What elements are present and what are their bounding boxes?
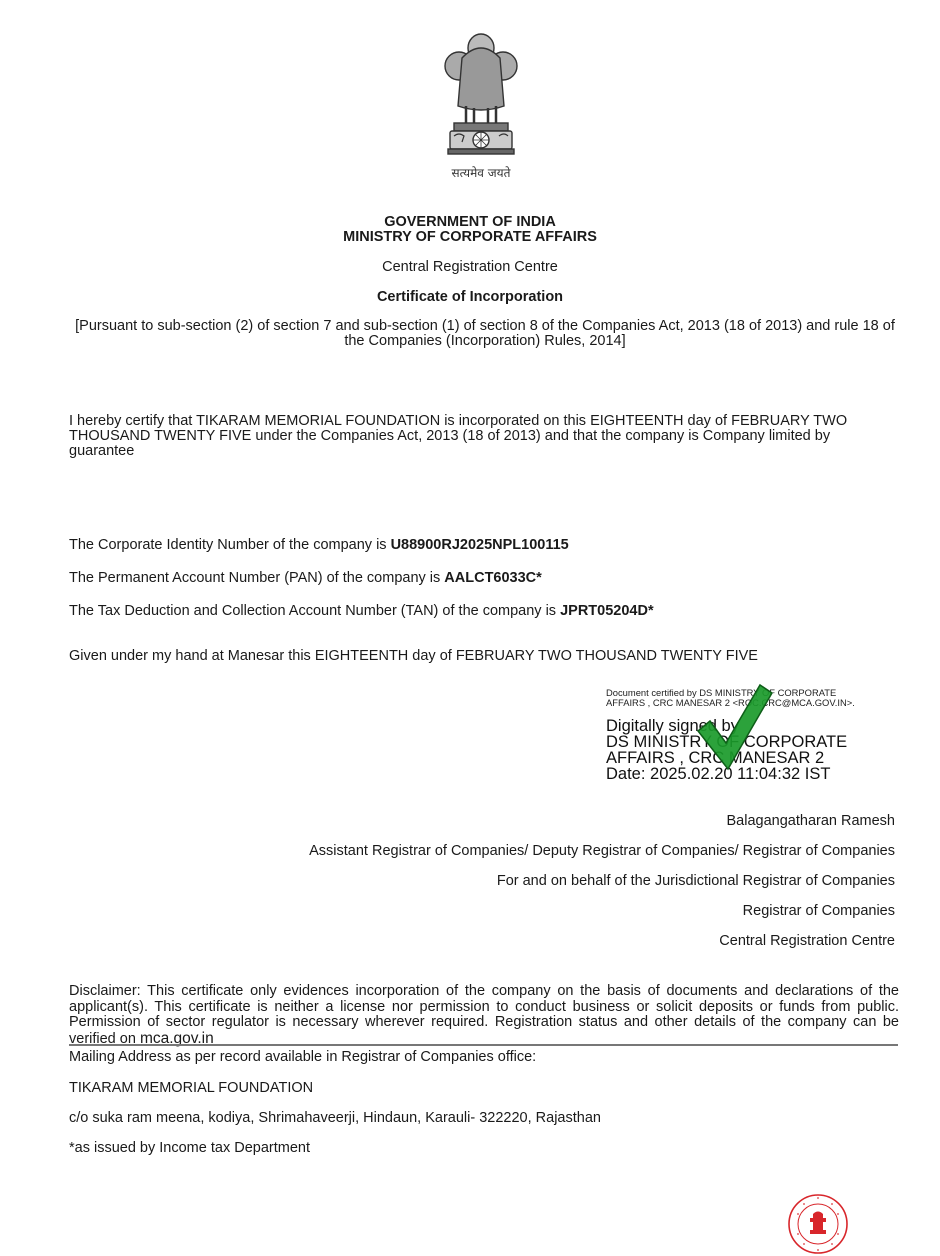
cin-label: The Corporate Identity Number of the com…: [69, 537, 391, 553]
mailing-heading: Mailing Address as per record available …: [69, 1050, 899, 1065]
tan-value: JPRT05204D*: [560, 603, 654, 619]
mailing-company: TIKARAM MEMORIAL FOUNDATION: [69, 1081, 899, 1096]
section-divider: [69, 1044, 898, 1046]
cin-line: The Corporate Identity Number of the com…: [69, 538, 899, 553]
green-check-icon: [694, 681, 774, 773]
tan-label: The Tax Deduction and Collection Account…: [69, 603, 560, 619]
signatory-behalf: For and on behalf of the Jurisdictional …: [497, 873, 895, 889]
pursuant-clause: [Pursuant to sub-section (2) of section …: [70, 319, 900, 349]
certificate-title: Certificate of Incorporation: [0, 289, 940, 305]
mailing-address: c/o suka ram meena, kodiya, Shrimahaveer…: [69, 1111, 899, 1126]
national-emblem-icon: [432, 28, 530, 180]
signatory-office: Registrar of Companies: [743, 903, 895, 919]
given-under-text: Given under my hand at Manesar this EIGH…: [69, 649, 899, 664]
tan-line: The Tax Deduction and Collection Account…: [69, 604, 899, 619]
pan-line: The Permanent Account Number (PAN) of th…: [69, 571, 899, 586]
emblem-motto: सत्यमेव जयते: [0, 164, 940, 181]
government-title: GOVERNMENT OF INDIA: [0, 214, 940, 230]
pan-footnote: *as issued by Income tax Department: [69, 1141, 899, 1156]
ministry-title: MINISTRY OF CORPORATE AFFAIRS: [0, 229, 940, 245]
pan-value: AALCT6033C*: [444, 570, 542, 586]
centre-name: Central Registration Centre: [0, 259, 940, 275]
disclaimer-text: Disclaimer: This certificate only eviden…: [69, 984, 899, 1047]
signatory-designation: Assistant Registrar of Companies/ Deputy…: [309, 843, 895, 859]
signatory-centre: Central Registration Centre: [719, 933, 895, 949]
cin-value: U88900RJ2025NPL100115: [391, 537, 569, 553]
signatory-name: Balagangatharan Ramesh: [727, 813, 895, 829]
roc-seal-icon: [786, 1192, 850, 1256]
pan-label: The Permanent Account Number (PAN) of th…: [69, 570, 444, 586]
certification-text: I hereby certify that TIKARAM MEMORIAL F…: [69, 414, 899, 459]
